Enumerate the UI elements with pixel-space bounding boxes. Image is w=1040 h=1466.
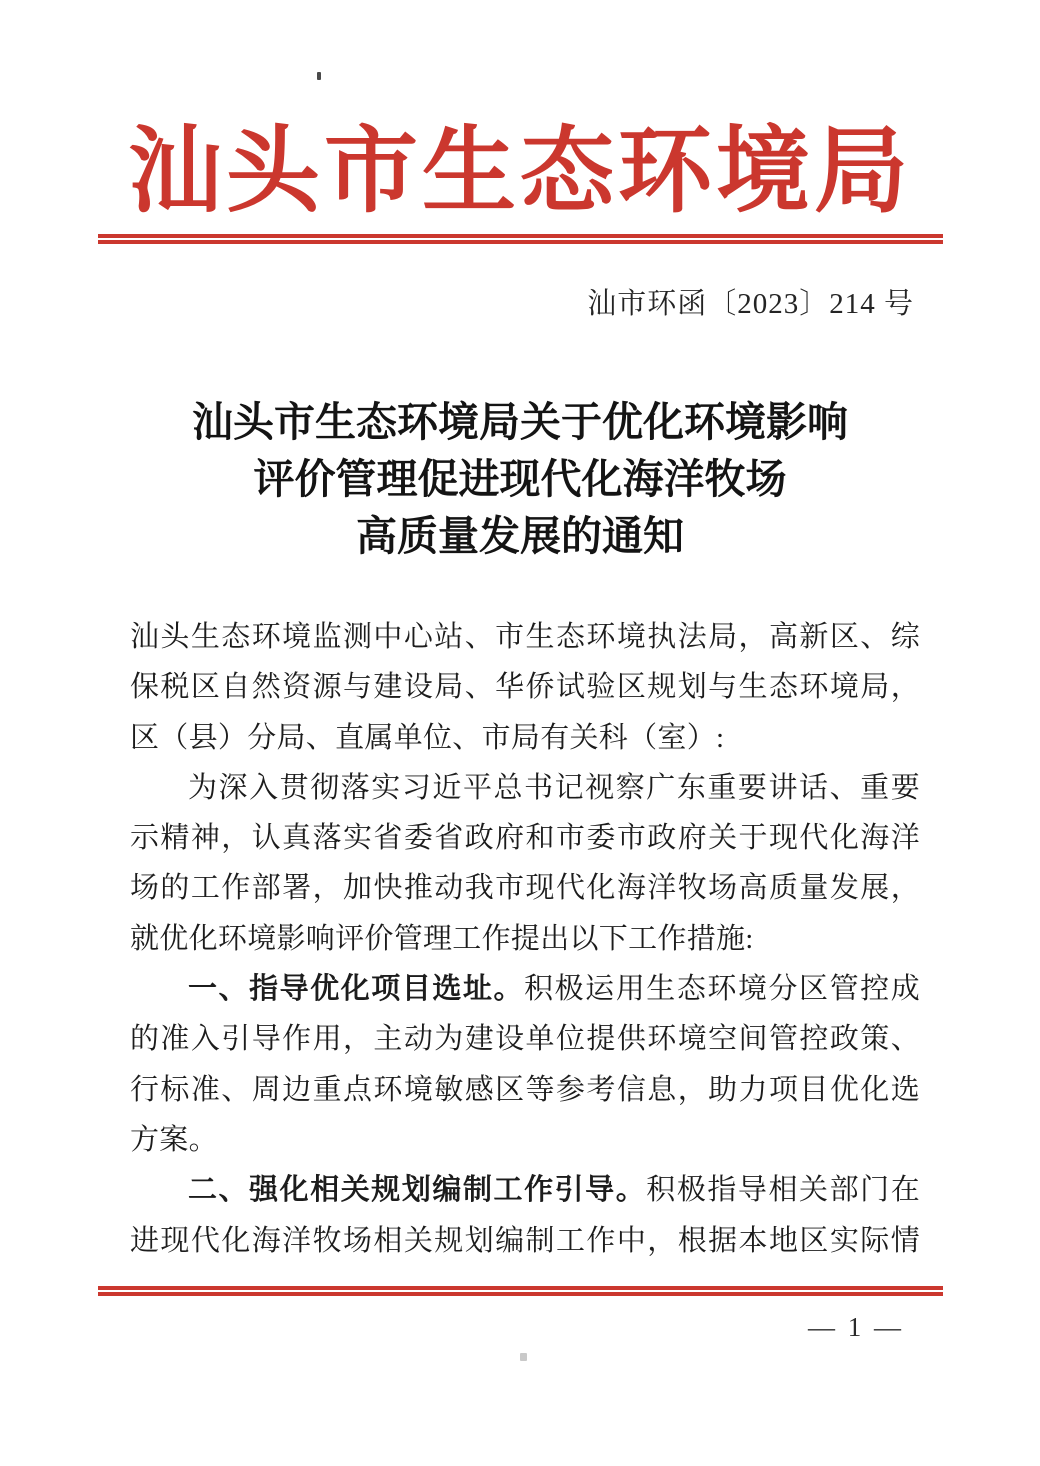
body-line: 二、强化相关规划编制工作引导。积极指导相关部门在推 [130,1165,920,1215]
agency-name-header: 汕头市生态环境局 [0,112,1040,232]
body-line: 为深入贯彻落实习近平总书记视察广东重要讲话、重要指 [130,763,920,813]
body-segment: 保税区自然资源与建设局、华侨试验区规划与生态环境局，各 [130,671,920,712]
title-line: 汕头市生态环境局关于优化环境影响 [0,394,1040,451]
body-text: 汕头生态环境监测中心站、市生态环境执法局，高新区、综合保税区自然资源与建设局、华… [130,612,920,1266]
document-page: 汕头市生态环境局 汕市环函〔2023〕214 号 汕头市生态环境局关于优化环境影… [0,0,1040,1466]
body-line: 进现代化海洋牧场相关规划编制工作中，根据本地区实际情况 [130,1216,920,1266]
document-number: 汕市环函〔2023〕214 号 [587,287,914,321]
body-segment: 区（县）分局、直属单位、市局有关科（室）: [130,722,724,754]
body-line: 的准入引导作用，主动为建设单位提供环境空间管控政策、执 [130,1014,920,1064]
body-line: 一、指导优化项目选址。积极运用生态环境分区管控成果 [130,964,920,1014]
section-heading-text: 一、指导优化项目选址。 [188,973,524,1005]
body-segment: 行标准、周边重点环境敏感区等参考信息，助力项目优化选址 [130,1074,920,1115]
body-line: 场的工作部署，加快推动我市现代化海洋牧场高质量发展，现 [130,863,920,913]
body-line: 示精神，认真落实省委省政府和市委市政府关于现代化海洋牧 [130,813,920,863]
body-segment: 场的工作部署，加快推动我市现代化海洋牧场高质量发展，现 [130,872,920,913]
scan-speck [520,1353,527,1361]
rule-bar [98,1292,943,1296]
body-line: 方案。 [130,1115,920,1165]
body-line: 保税区自然资源与建设局、华侨试验区规划与生态环境局，各 [130,662,920,712]
rule-bar [98,240,943,244]
footer-double-rule [98,1286,943,1296]
body-line: 就优化环境影响评价管理工作提出以下工作措施: [130,914,920,964]
page-number: — 1 — [808,1311,904,1343]
header-double-rule [98,234,943,244]
body-segment: 为深入贯彻落实习近平总书记视察广东重要讲话、重要指 [130,772,920,813]
body-segment: 进现代化海洋牧场相关规划编制工作中，根据本地区实际情况 [130,1225,920,1266]
body-line: 汕头生态环境监测中心站、市生态环境执法局，高新区、综合 [130,612,920,662]
body-line: 行标准、周边重点环境敏感区等参考信息，助力项目优化选址 [130,1065,920,1115]
body-segment: 方案。 [130,1124,218,1156]
body-segment: 就优化环境影响评价管理工作提出以下工作措施: [130,923,754,955]
body-segment: 示精神，认真落实省委省政府和市委市政府关于现代化海洋牧 [130,822,920,863]
body-segment: 汕头生态环境监测中心站、市生态环境执法局，高新区、综合 [130,621,920,662]
title-line: 高质量发展的通知 [0,508,1040,565]
section-heading-text: 二、强化相关规划编制工作引导。 [188,1174,646,1206]
body-line: 区（县）分局、直属单位、市局有关科（室）: [130,713,920,763]
body-segment: 的准入引导作用，主动为建设单位提供环境空间管控政策、执 [130,1023,920,1064]
title-line: 评价管理促进现代化海洋牧场 [0,451,1040,508]
scan-speck [317,72,321,80]
notice-title: 汕头市生态环境局关于优化环境影响 评价管理促进现代化海洋牧场 高质量发展的通知 [0,394,1040,565]
